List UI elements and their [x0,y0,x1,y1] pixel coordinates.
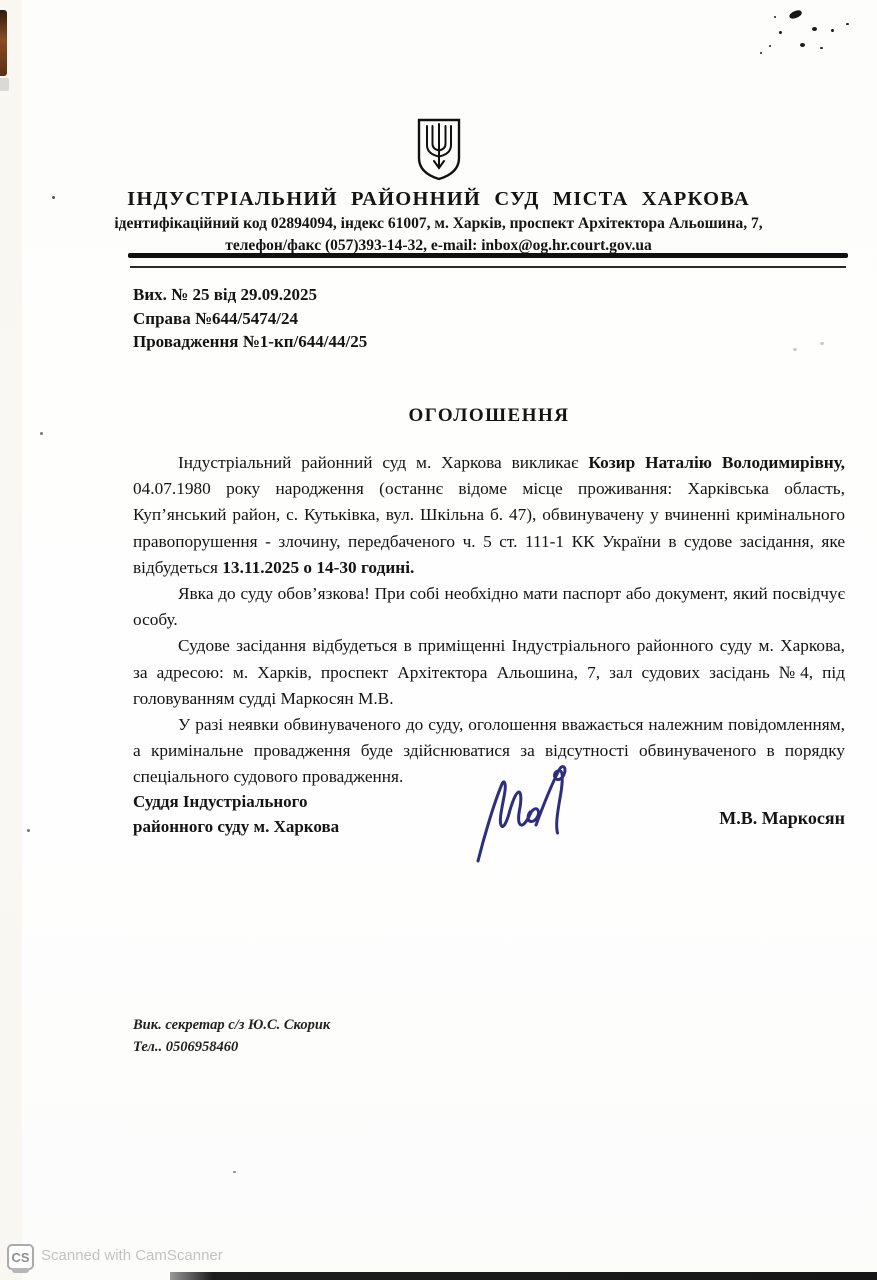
case-number: Справа №644/5474/24 [133,307,367,331]
paragraph-summons: Індустріальний районний суд м. Харкова в… [133,450,845,581]
ink-speck [27,829,30,832]
document-body: Індустріальний районний суд м. Харкова в… [133,450,845,791]
ink-speck [820,342,824,345]
document-title: ОГОЛОШЕННЯ [133,405,845,427]
defendant-name: Козир Наталію Володимирівну, [588,453,845,472]
reference-block: Вих. № 25 від 29.09.2025 Справа №644/547… [133,283,367,354]
ink-speck [233,1171,236,1173]
clerk-phone-line: Тел.. 0506958460 [133,1036,330,1058]
ukraine-trident-emblem-icon [416,118,462,182]
ink-speck [760,52,762,54]
ink-speck [793,348,797,351]
court-address: ідентифікаційний код 02894094, індекс 61… [0,214,877,233]
ink-speck [800,43,805,47]
header-rule-thick [128,253,848,258]
ink-speck [774,16,776,18]
summons-text-1: Індустріальний районний суд м. Харкова в… [178,453,588,472]
outgoing-number: Вих. № 25 від 29.09.2025 [133,283,367,307]
camscanner-logo-icon: CS [7,1244,34,1270]
scanned-court-document: ІНДУСТРІАЛЬНИЙ РАЙОННИЙ СУД МІСТА ХАРКОВ… [0,0,877,1280]
clerk-note: Вик. секретар с/з Ю.С. Скорик Тел.. 0506… [133,1014,330,1058]
header-rule-thin [130,266,846,268]
judge-name: М.В. Маркосян [133,808,845,829]
scan-corner-artifact [0,10,7,76]
paragraph-location: Судове засідання відбудеться в приміщенн… [133,633,845,712]
letterhead: ІНДУСТРІАЛЬНИЙ РАЙОННИЙ СУД МІСТА ХАРКОВ… [0,118,877,255]
ink-speck [769,45,771,47]
ink-speck [779,31,782,34]
ink-speck [812,27,817,31]
camscanner-text: Scanned with CamScanner [41,1247,223,1264]
scan-corner-artifact-2 [0,78,9,91]
ink-speck [40,432,43,435]
scan-bottom-edge [170,1272,877,1280]
ink-speck [831,29,834,32]
ink-speck [846,23,849,25]
clerk-name-line: Вик. секретар с/з Ю.С. Скорик [133,1014,330,1036]
proceeding-number: Провадження №1-кп/644/44/25 [133,330,367,354]
ink-speck [788,9,803,20]
ink-speck [820,47,823,49]
court-name: ІНДУСТРІАЛЬНИЙ РАЙОННИЙ СУД МІСТА ХАРКОВ… [0,188,877,211]
camscanner-logo-tab [12,1268,29,1273]
paragraph-attendance: Явка до суду обов’язкова! При собі необх… [133,581,845,633]
hearing-datetime: 13.11.2025 о 14-30 годині. [222,558,414,577]
